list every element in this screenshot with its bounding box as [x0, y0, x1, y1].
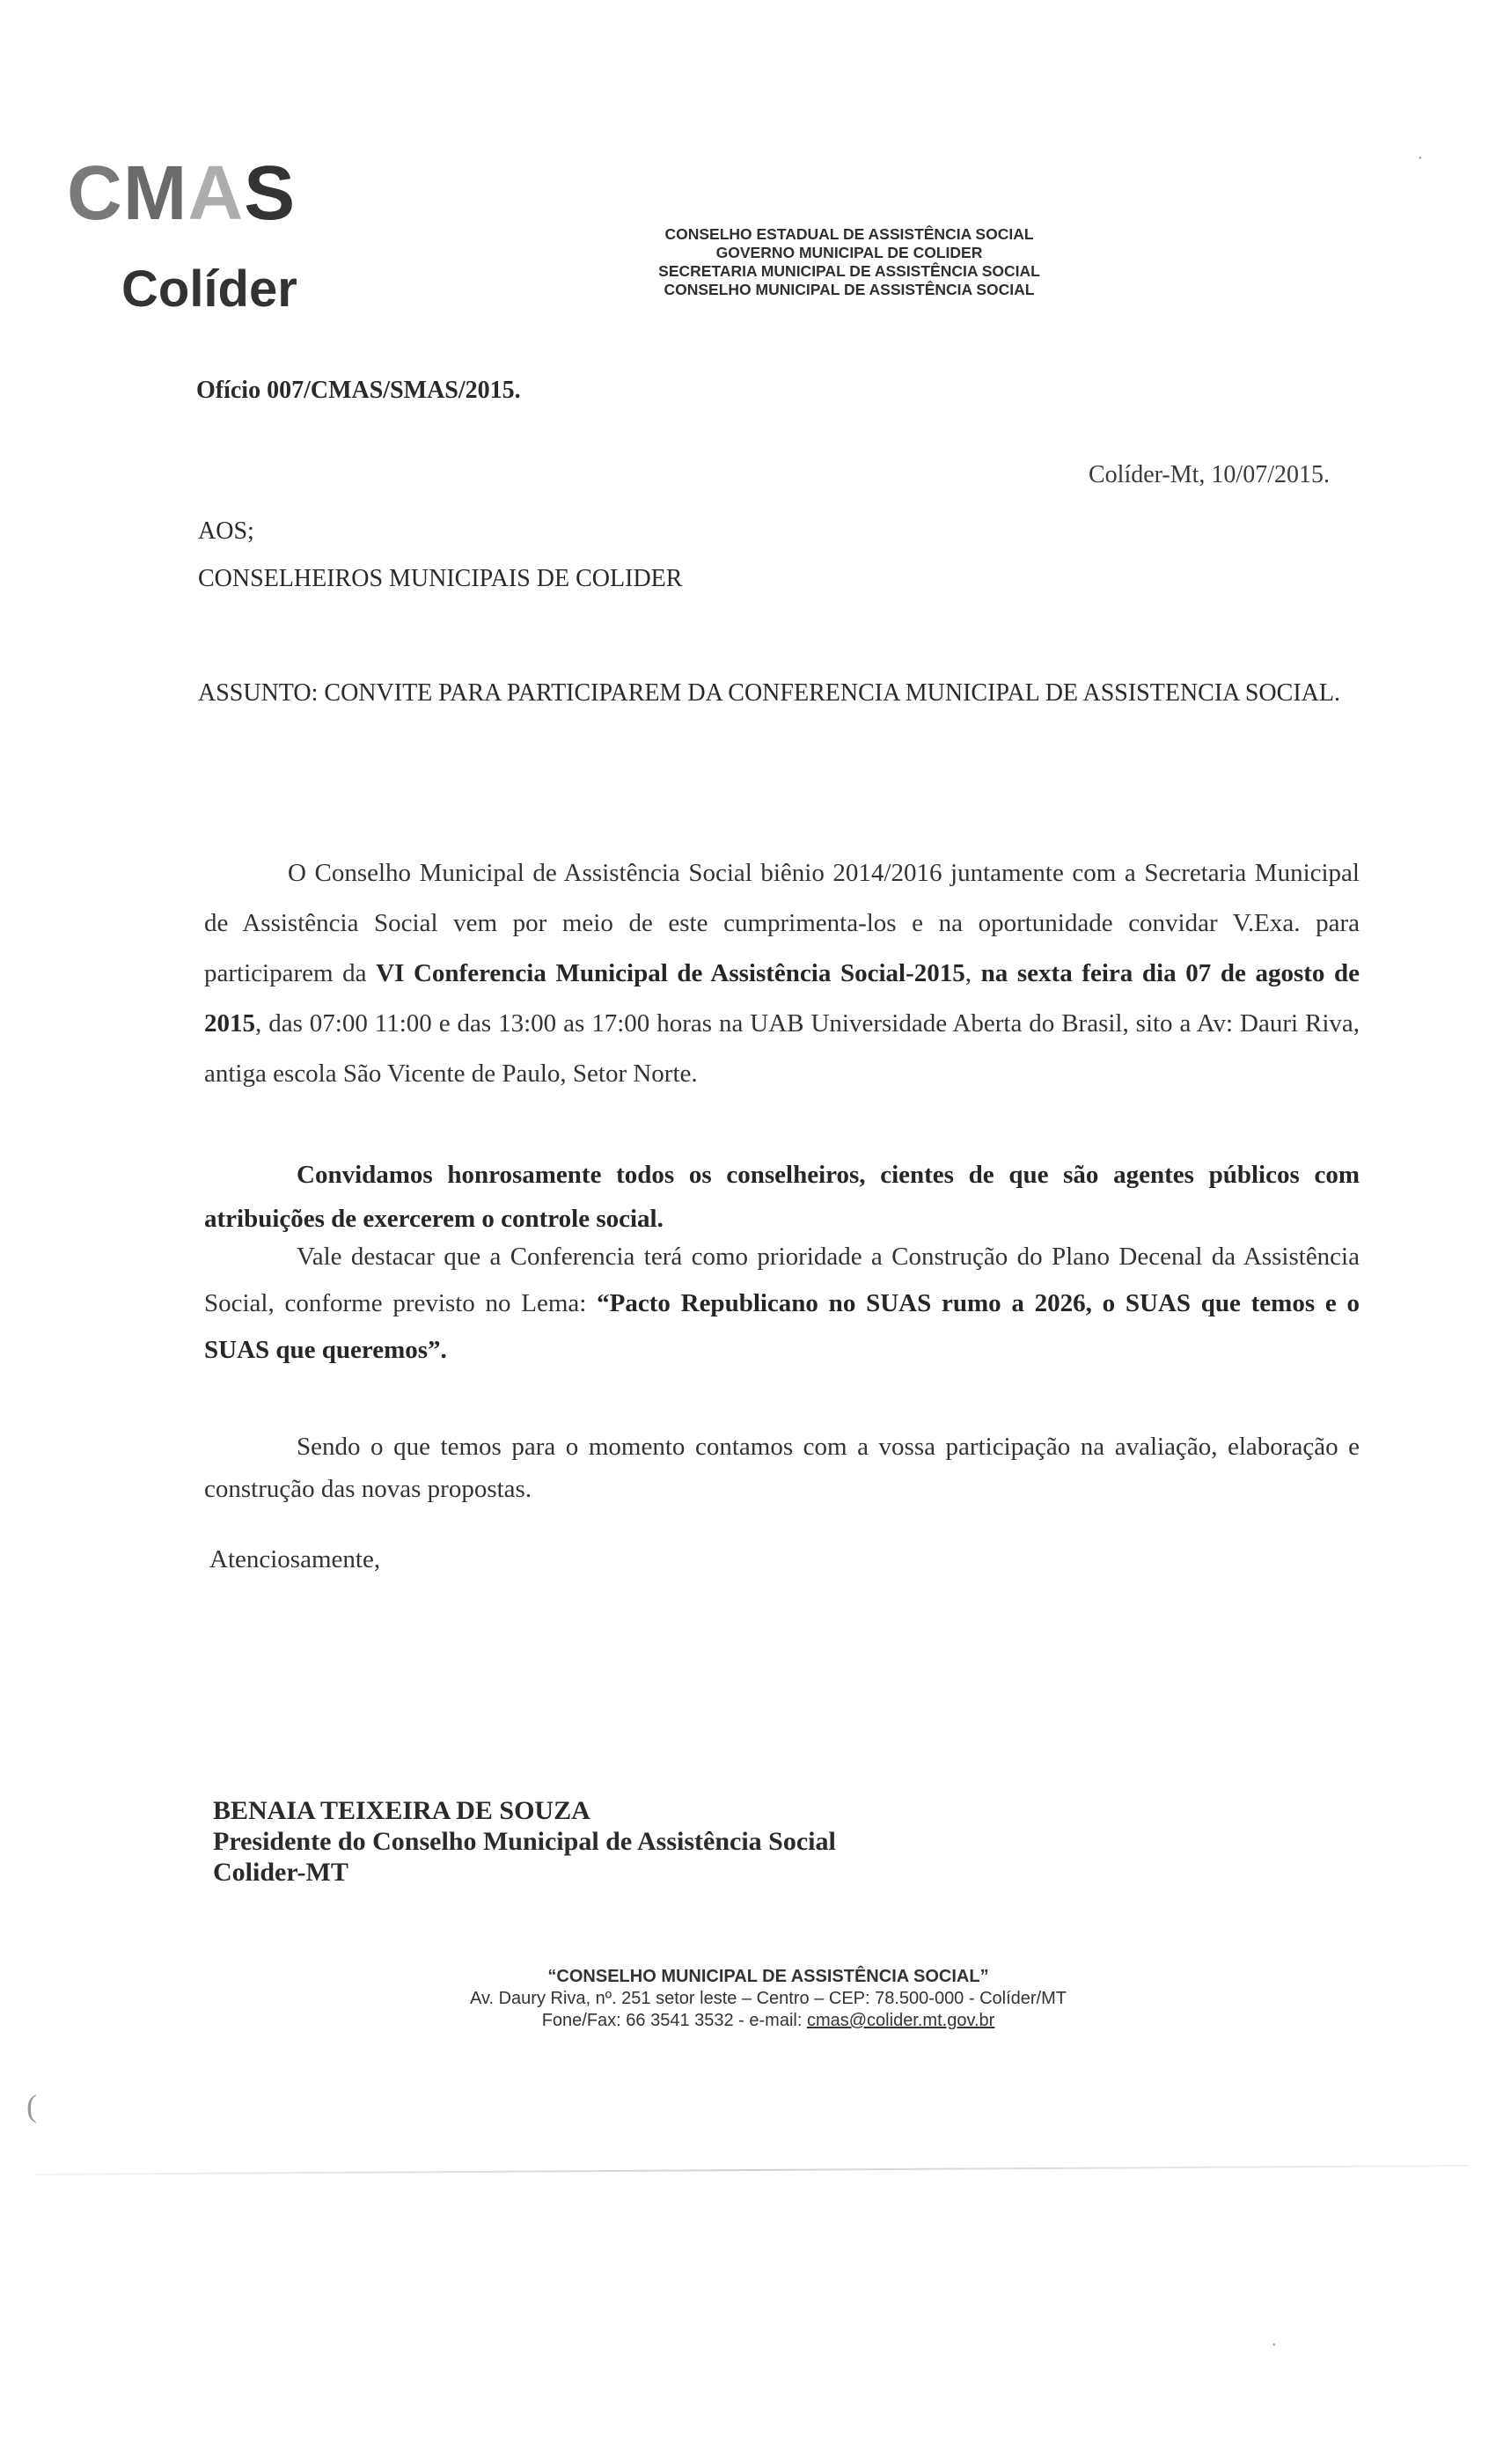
- logo-letter-s: S: [244, 155, 296, 231]
- place-date: Colíder-Mt, 10/07/2015.: [1089, 463, 1330, 488]
- recipient-name: CONSELHEIROS MUNICIPAIS DE COLIDER: [198, 567, 682, 591]
- signatory-name: BENAIA TEIXEIRA DE SOUZA: [213, 1795, 836, 1826]
- body-paragraph-invitation: O Conselho Municipal de Assistência Soci…: [204, 848, 1360, 1099]
- footer-phone: Fone/Fax: 66 3541 3532 - e-mail:: [542, 2011, 807, 2030]
- institutional-header: CONSELHO ESTADUAL DE ASSISTÊNCIA SOCIAL …: [616, 225, 1082, 299]
- cmas-logo: CMAS: [67, 155, 296, 231]
- paragraph-text: Sendo o que temos para o momento contamo…: [204, 1433, 1360, 1503]
- paragraph-text: Convidamos honrosamente todos os conselh…: [204, 1161, 1360, 1233]
- signatory-title: Presidente do Conselho Municipal de Assi…: [213, 1826, 836, 1857]
- body-paragraph-participation: Sendo o que temos para o momento contamo…: [204, 1426, 1360, 1510]
- logo-letter-a: A: [187, 155, 244, 231]
- header-line: SECRETARIA MUNICIPAL DE ASSISTÊNCIA SOCI…: [616, 262, 1082, 281]
- header-line: CONSELHO MUNICIPAL DE ASSISTÊNCIA SOCIAL: [616, 281, 1082, 299]
- logo-letter-c: C: [67, 155, 123, 231]
- scan-artifact-dot: •: [1419, 154, 1422, 164]
- scan-artifact-dot: •: [1272, 2341, 1276, 2350]
- letterhead-footer: “CONSELHO MUNICIPAL DE ASSISTÊNCIA SOCIA…: [416, 1966, 1120, 2032]
- event-name: VI Conferencia Municipal de Assistência …: [376, 959, 965, 987]
- footer-email-link[interactable]: cmas@colider.mt.gov.br: [807, 2011, 994, 2030]
- header-line: GOVERNO MUNICIPAL DE COLIDER: [616, 244, 1082, 262]
- closing-salutation: Atenciosamente,: [209, 1547, 380, 1573]
- signatory-location: Colider-MT: [213, 1857, 836, 1888]
- logo-city-name: Colíder: [121, 264, 297, 315]
- event-details: , das 07:00 11:00 e das 13:00 as 17:00 h…: [204, 1009, 1360, 1088]
- footer-title: “CONSELHO MUNICIPAL DE ASSISTÊNCIA SOCIA…: [416, 1966, 1120, 1988]
- subject-line: ASSUNTO: CONVITE PARA PARTICIPAREM DA CO…: [198, 667, 1360, 719]
- separator: ,: [965, 959, 981, 987]
- footer-contact: Fone/Fax: 66 3541 3532 - e-mail: cmas@co…: [416, 2010, 1120, 2032]
- document-reference: Ofício 007/CMAS/SMAS/2015.: [196, 378, 521, 403]
- footer-address: Av. Daury Riva, nº. 251 setor leste – Ce…: [416, 1988, 1120, 2010]
- signature-block: BENAIA TEIXEIRA DE SOUZA Presidente do C…: [213, 1795, 836, 1888]
- scan-artifact-mark: (: [26, 2087, 37, 2124]
- recipient-salutation: AOS;: [198, 519, 254, 544]
- logo-letter-m: M: [123, 155, 187, 231]
- scan-artifact-line: [35, 2165, 1470, 2175]
- body-paragraph-priority: Vale destacar que a Conferencia terá com…: [204, 1234, 1360, 1374]
- header-line: CONSELHO ESTADUAL DE ASSISTÊNCIA SOCIAL: [616, 225, 1082, 244]
- body-paragraph-councillors: Convidamos honrosamente todos os conselh…: [204, 1153, 1360, 1241]
